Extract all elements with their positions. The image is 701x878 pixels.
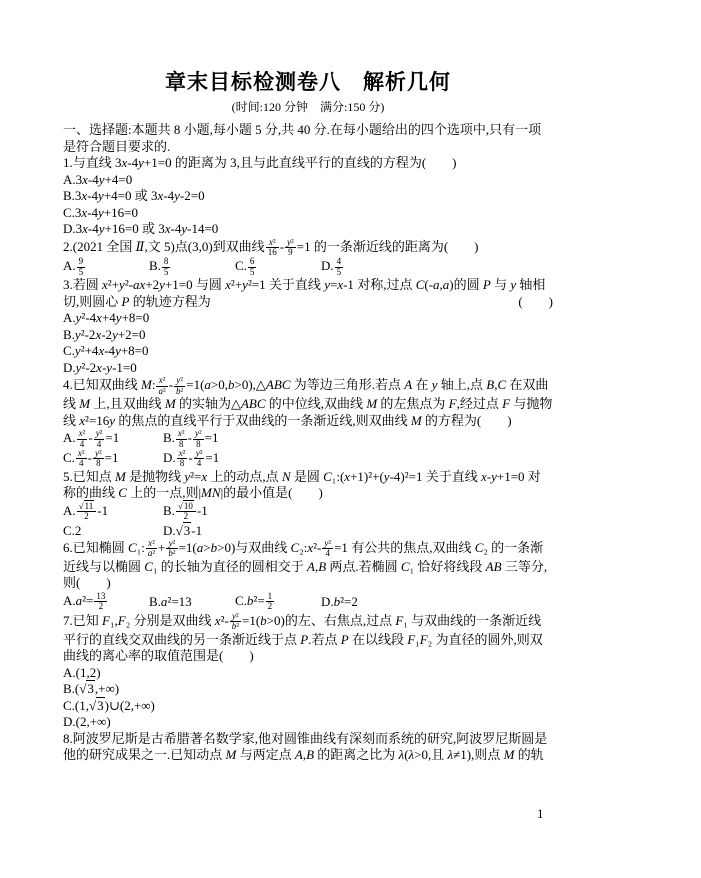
fraction: 132 — [93, 592, 108, 612]
fraction: 45 — [334, 257, 345, 277]
math-run: =1(a>0,b>0) — [186, 377, 252, 392]
text-run: ,则点 — [471, 747, 504, 762]
text-run: C. — [63, 698, 75, 713]
math-run: M — [504, 747, 515, 762]
text-run: D. — [63, 360, 76, 375]
math-run: λ(λ>0 — [399, 747, 428, 762]
math-run: P — [341, 632, 349, 647]
text-run: C. — [235, 258, 247, 273]
question-2-option-c: C.65 — [235, 257, 321, 277]
text-run: B. — [63, 327, 75, 342]
text-run: A. — [63, 430, 76, 445]
math-run: λ≠1) — [448, 747, 472, 762]
question-5-options-row: C.2D.√3-1 — [63, 522, 553, 539]
text-run: A. — [63, 172, 76, 187]
math-run: =1(a>b>0) — [179, 540, 236, 555]
question-1-stem: 1.与直线 3x-4y+1=0 的距离为 3,且与此直线平行的直线的方程为( ) — [63, 155, 553, 172]
question-3-option-a: A.y²-4x+4y+8=0 — [63, 310, 553, 327]
fraction: 95 — [76, 257, 87, 277]
text-run: B. — [149, 258, 161, 273]
question-5-option-a: A.√112-1 — [63, 502, 163, 522]
question-7: 7.已知 F₁,F₂ 分别是双曲线 x²-y²b²=1(b>0)的左、右焦点,过… — [63, 612, 553, 731]
math-run: F — [449, 396, 457, 411]
question-6-stem: 6.已知椭圆 C₁:x²a²+y²b²=1(a>b>0)与双曲线 C₂:x²-y… — [63, 539, 553, 592]
question-1-option-c: C.3x-4y+16=0 — [63, 205, 553, 222]
text-run: 3.若圆 — [63, 277, 102, 292]
fraction: 12 — [265, 592, 276, 612]
text-run: 与圆 — [193, 277, 226, 292]
math-run: A,B — [307, 559, 326, 574]
math-run: =1 — [105, 450, 119, 465]
question-8-stem: 8.阿波罗尼斯是古希腊著名数学家,他对圆锥曲线有深刻而系统的研究,阿波罗尼斯圆是… — [63, 731, 553, 764]
math-run: ABC — [266, 377, 291, 392]
fraction: √112 — [76, 502, 98, 522]
fraction: x²8 — [175, 429, 188, 449]
question-4-option-b: B.x²8-y²8=1 — [163, 429, 263, 449]
text-run: 有公共的焦点,双曲线 — [348, 540, 475, 555]
math-run: F₁F₂ — [407, 632, 432, 647]
math-run: C₂ — [475, 540, 488, 555]
math-run: x-y+1=0 — [481, 469, 525, 484]
fraction: 65 — [247, 257, 258, 277]
text-run: 是抛物线 — [126, 469, 185, 484]
text-run: 1.与直线 — [63, 155, 115, 170]
question-6-option-a: A.a²=132 — [63, 592, 149, 612]
math-run: x²+y²=1 — [225, 277, 266, 292]
math-run: MN — [201, 485, 221, 500]
question-3-option-b: B.y²-2x-2y+2=0 — [63, 327, 553, 344]
text-run: 2.(2021 全国 — [63, 238, 136, 253]
math-run: A,B — [295, 747, 314, 762]
question-7-option-d: D.(2,+∞) — [63, 714, 553, 731]
question-6-option-c: C.b²=12 — [235, 592, 321, 612]
text-run: D. — [63, 221, 76, 236]
math-run: √3-1 — [176, 522, 202, 538]
sqrt-radical: √10 — [178, 500, 194, 511]
math-run: y=x-1 — [324, 277, 354, 292]
text-run: 上,且双曲线 — [90, 396, 165, 411]
question-3-option-c: C.y²+4x-4y+8=0 — [63, 343, 553, 360]
text-run: .若点 — [308, 632, 341, 647]
text-run: 在 — [412, 377, 432, 392]
text-run: 的一条渐近线的距离为( ) — [311, 238, 479, 253]
text-run: 6.已知椭圆 — [63, 540, 128, 555]
text-run: B. — [163, 430, 175, 445]
text-run: A. — [63, 258, 76, 273]
text-run: 关于直线 — [266, 277, 325, 292]
question-4-stem: 4.已知双曲线 M:x²a²-y²b²=1(a>0,b>0),△ABC 为等边三… — [63, 376, 553, 429]
text-run: 7.已知 — [63, 613, 102, 628]
math-run: y²=x — [184, 469, 207, 484]
question-5: 5.已知点 M 是抛物线 y²=x 上的动点,点 N 是圆 C₁:(x+1)²+… — [63, 469, 553, 539]
text-run: 的长轴为直径的圆相交于 — [157, 559, 307, 574]
text-run: 的距离为 3,且与此直线平行的直线的方程为( ) — [172, 155, 457, 170]
section-header: 一、选择题:本题共 8 小题,每小题 5 分,共 40 分.在每小题给出的四个选… — [63, 122, 553, 155]
question-1: 1.与直线 3x-4y+1=0 的距离为 3,且与此直线平行的直线的方程为( )… — [63, 155, 553, 238]
math-run: =1 — [205, 450, 219, 465]
text-run: A. — [63, 310, 76, 325]
text-run: B. — [163, 503, 175, 518]
math-run: C₁: — [128, 540, 145, 555]
text-run: C.2 — [63, 523, 81, 538]
question-5-options-row: A.√112-1B.√102-1 — [63, 502, 553, 522]
text-run: 的轨迹方程为 — [129, 294, 210, 309]
math-run: M — [115, 469, 126, 484]
math-run: x²=16y — [79, 413, 115, 428]
text-run: 或 — [132, 188, 152, 203]
math-run: 3x-4y-2=0 — [151, 188, 205, 203]
math-run: a²= — [76, 593, 94, 608]
text-run: 与双曲线 — [235, 540, 290, 555]
math-run: C₁ — [144, 559, 157, 574]
text-run: C. — [235, 593, 247, 608]
question-2-options-row: A.95B.85C.65D.45 — [63, 257, 553, 277]
question-6-options-row: A.a²=132B.a²=13C.b²=12D.b²=2 — [63, 592, 553, 612]
text-run: 两点.若椭圆 — [326, 559, 401, 574]
text-run: ,△ — [253, 377, 266, 392]
math-run: -1 — [97, 503, 108, 518]
question-6-option-d: D.b²=2 — [321, 594, 407, 611]
fraction: x²16 — [265, 238, 280, 258]
question-7-stem: 7.已知 F₁,F₂ 分别是双曲线 x²-y²b²=1(b>0)的左、右焦点,过… — [63, 612, 553, 665]
sqrt-radical: √3 — [79, 680, 95, 696]
text-run: 的距离之比为 — [314, 747, 399, 762]
fraction: √102 — [175, 502, 197, 522]
math-run: 3x-4y+16=0 — [75, 205, 138, 220]
math-run: AB — [486, 559, 502, 574]
question-3-option-d: D.y²-2x-y-1=0 — [63, 360, 553, 377]
math-run: C₁:(x+1)²+(y-4)²=1 — [323, 469, 422, 484]
math-run: x²+y²-ax+2y+1=0 — [102, 277, 193, 292]
question-7-option-b: B.(√3,+∞) — [63, 681, 553, 698]
text-run: 的中位线,双曲线 — [266, 396, 367, 411]
fraction: x²8 — [176, 449, 189, 469]
text-run: A. — [63, 593, 76, 608]
math-run: M: — [141, 377, 155, 392]
fraction: y²8 — [192, 429, 205, 449]
math-run: F₁ — [395, 613, 408, 628]
fraction: x²a² — [145, 539, 158, 559]
text-run: D. — [321, 258, 334, 273]
question-4-option-c: C.x²4-y²8=1 — [63, 449, 163, 469]
question-4-option-d: D.x²8-y²4=1 — [163, 449, 263, 469]
math-run: y²-2x-y-1=0 — [76, 360, 137, 375]
math-run: 3x-4y+1=0 — [115, 155, 172, 170]
question-2-stem: 2.(2021 全国 Ⅱ,文 5)点(3,0)到双曲线x²16-y²9=1 的一… — [63, 238, 553, 258]
math-run: C(-a,a) — [416, 277, 454, 292]
text-run: 的方程为( ) — [422, 413, 512, 428]
question-2-option-a: A.95 — [63, 257, 149, 277]
math-run: 3x-4y+16=0 — [76, 221, 139, 236]
exam-time-score-line: (时间:120 分钟 满分:150 分) — [63, 99, 553, 115]
question-3-stem: 3.若圆 x²+y²-ax+2y+1=0 与圆 x²+y²=1 关于直线 y=x… — [63, 277, 553, 310]
math-run: 3x-4y+4=0 — [75, 188, 132, 203]
page-number: 1 — [537, 806, 544, 822]
document-page: 章末目标检测卷八 解析几何 (时间:120 分钟 满分:150 分) 一、选择题… — [0, 0, 701, 878]
text-run: 或 — [139, 221, 159, 236]
question-4: 4.已知双曲线 M:x²a²-y²b²=1(a>0,b>0),△ABC 为等边三… — [63, 376, 553, 469]
text-run: 与 — [491, 277, 511, 292]
math-run: =1 — [334, 540, 348, 555]
question-4-options-row: C.x²4-y²8=1D.x²8-y²4=1 — [63, 449, 553, 469]
text-run: 5.已知点 — [63, 469, 115, 484]
math-run: =1 — [205, 430, 219, 445]
math-run: -1 — [197, 503, 208, 518]
math-run: x²- — [215, 613, 229, 628]
question-6: 6.已知椭圆 C₁:x²a²+y²b²=1(a>b>0)与双曲线 C₂:x²-y… — [63, 539, 553, 612]
answer-blank-parens: ( ) — [518, 294, 553, 311]
text-run: 对称,过点 — [354, 277, 416, 292]
fraction: y²4 — [193, 449, 206, 469]
question-2-option-d: D.45 — [321, 257, 407, 277]
question-7-option-c: C.(1,√3)∪(2,+∞) — [63, 698, 553, 715]
text-run: |的最小值是( ) — [221, 485, 323, 500]
math-run: a²=13 — [161, 594, 192, 609]
question-3: 3.若圆 x²+y²-ax+2y+1=0 与圆 x²+y²=1 关于直线 y=x… — [63, 277, 553, 376]
text-run: D.(2,+∞) — [63, 714, 111, 729]
question-5-option-d: D.√3-1 — [163, 523, 263, 540]
page-title: 章末目标检测卷八 解析几何 — [63, 70, 553, 96]
text-run: 恰好将线段 — [414, 559, 486, 574]
math-run: b²=2 — [334, 594, 358, 609]
text-run: 在以线段 — [349, 632, 408, 647]
fraction: y²4 — [93, 429, 106, 449]
text-run: 上的动点,点 — [207, 469, 282, 484]
text-run: B. — [63, 188, 75, 203]
fraction: y²4 — [321, 539, 334, 559]
text-run: C. — [63, 205, 75, 220]
question-2: 2.(2021 全国 Ⅱ,文 5)点(3,0)到双曲线x²16-y²9=1 的一… — [63, 238, 553, 278]
fraction: y²9 — [284, 238, 297, 258]
math-run: M — [79, 396, 90, 411]
math-run: ABC — [241, 396, 266, 411]
text-run: 的圆 — [454, 277, 483, 292]
sqrt-radical: √3 — [176, 522, 192, 538]
text-run: B. — [63, 681, 75, 696]
math-run: M — [411, 413, 422, 428]
text-run: 的左焦点为 — [377, 396, 449, 411]
text-run: D. — [163, 523, 176, 538]
math-run: 3x-4y-14=0 — [158, 221, 218, 236]
math-run: =1 — [105, 430, 119, 445]
math-run: b²= — [247, 593, 265, 608]
text-run: 是圆 — [291, 469, 324, 484]
math-run: M — [226, 747, 237, 762]
text-run: C. — [63, 343, 75, 358]
math-run: =1 — [297, 238, 311, 253]
text-run: ,且 — [428, 747, 448, 762]
math-run: y²-4x+4y+8=0 — [76, 310, 150, 325]
text-run: 的焦点的直线平行于双曲线的一条渐近线,则双曲线 — [115, 413, 411, 428]
fraction: y²8 — [92, 449, 105, 469]
question-4-option-a: A.x²4-y²4=1 — [63, 429, 163, 449]
fraction: x²a² — [155, 376, 168, 396]
math-run: + — [158, 540, 165, 555]
text-run: 上的一点,则| — [127, 485, 201, 500]
math-run: P — [483, 277, 491, 292]
math-run: y²+4x-4y+8=0 — [75, 343, 149, 358]
math-run: F — [502, 396, 510, 411]
math-run: C₁ — [401, 559, 414, 574]
question-2-option-b: B.85 — [149, 257, 235, 277]
fraction: x²4 — [75, 449, 88, 469]
question-5-option-b: B.√102-1 — [163, 502, 263, 522]
fraction: y²b² — [165, 539, 178, 559]
question-1-option-a: A.3x-4y+4=0 — [63, 172, 553, 189]
question-1-option-b: B.3x-4y+4=0 或 3x-4y-2=0 — [63, 188, 553, 205]
question-6-option-b: B.a²=13 — [149, 594, 235, 611]
text-run: 的轨 — [515, 747, 544, 762]
text-run: A.(1,2) — [63, 665, 101, 680]
fraction: y²b² — [229, 612, 242, 632]
questions-list: 1.与直线 3x-4y+1=0 的距离为 3,且与此直线平行的直线的方程为( )… — [63, 155, 553, 764]
text-run: 关于直线 — [422, 469, 481, 484]
math-run: C₂:x²- — [291, 540, 322, 555]
text-run: 的左、右焦点,过点 — [285, 613, 396, 628]
text-run: ,文 5)点(3,0)到双曲线 — [144, 238, 264, 253]
sqrt-radical: √3 — [89, 697, 105, 713]
math-run: M — [165, 396, 176, 411]
text-run: 4.已知双曲线 — [63, 377, 141, 392]
question-4-options-row: A.x²4-y²4=1B.x²8-y²8=1 — [63, 429, 553, 449]
text-run: C. — [63, 450, 75, 465]
text-run: D. — [321, 594, 334, 609]
fraction: y²b² — [173, 376, 186, 396]
text-run: 轴上,点 — [438, 377, 487, 392]
question-5-option-c: C.2 — [63, 523, 163, 540]
fraction: 85 — [161, 257, 172, 277]
question-1-option-d: D.3x-4y+16=0 或 3x-4y-14=0 — [63, 221, 553, 238]
math-run: B,C — [486, 377, 506, 392]
text-run: 为等边三角形.若点 — [291, 377, 405, 392]
math-run: y²-2x-2y+2=0 — [75, 327, 146, 342]
text-run: 与两定点 — [236, 747, 295, 762]
text-run: A. — [63, 503, 76, 518]
fraction: x²4 — [76, 429, 89, 449]
document-content: 章末目标检测卷八 解析几何 (时间:120 分钟 满分:150 分) 一、选择题… — [63, 70, 553, 764]
text-run: B. — [149, 594, 161, 609]
math-run: 3x-4y+4=0 — [76, 172, 133, 187]
math-run: (√3,+∞) — [75, 680, 119, 696]
question-5-stem: 5.已知点 M 是抛物线 y²=x 上的动点,点 N 是圆 C₁:(x+1)²+… — [63, 469, 553, 502]
text-run: 的实轴为△ — [176, 396, 241, 411]
math-run: C — [118, 485, 127, 500]
math-run: N — [282, 469, 291, 484]
math-run: =1(b>0) — [242, 613, 285, 628]
sqrt-radical: √11 — [79, 500, 95, 511]
math-run: (1,√3)∪(2,+∞) — [75, 697, 155, 713]
math-run: F₁,F₂ — [102, 613, 130, 628]
math-run: M — [366, 396, 377, 411]
question-8: 8.阿波罗尼斯是古希腊著名数学家,他对圆锥曲线有深刻而系统的研究,阿波罗尼斯圆是… — [63, 731, 553, 764]
question-7-option-a: A.(1,2) — [63, 665, 553, 682]
text-run: ,经过点 — [457, 396, 503, 411]
text-run: D. — [163, 450, 176, 465]
text-run: 分别是双曲线 — [130, 613, 215, 628]
